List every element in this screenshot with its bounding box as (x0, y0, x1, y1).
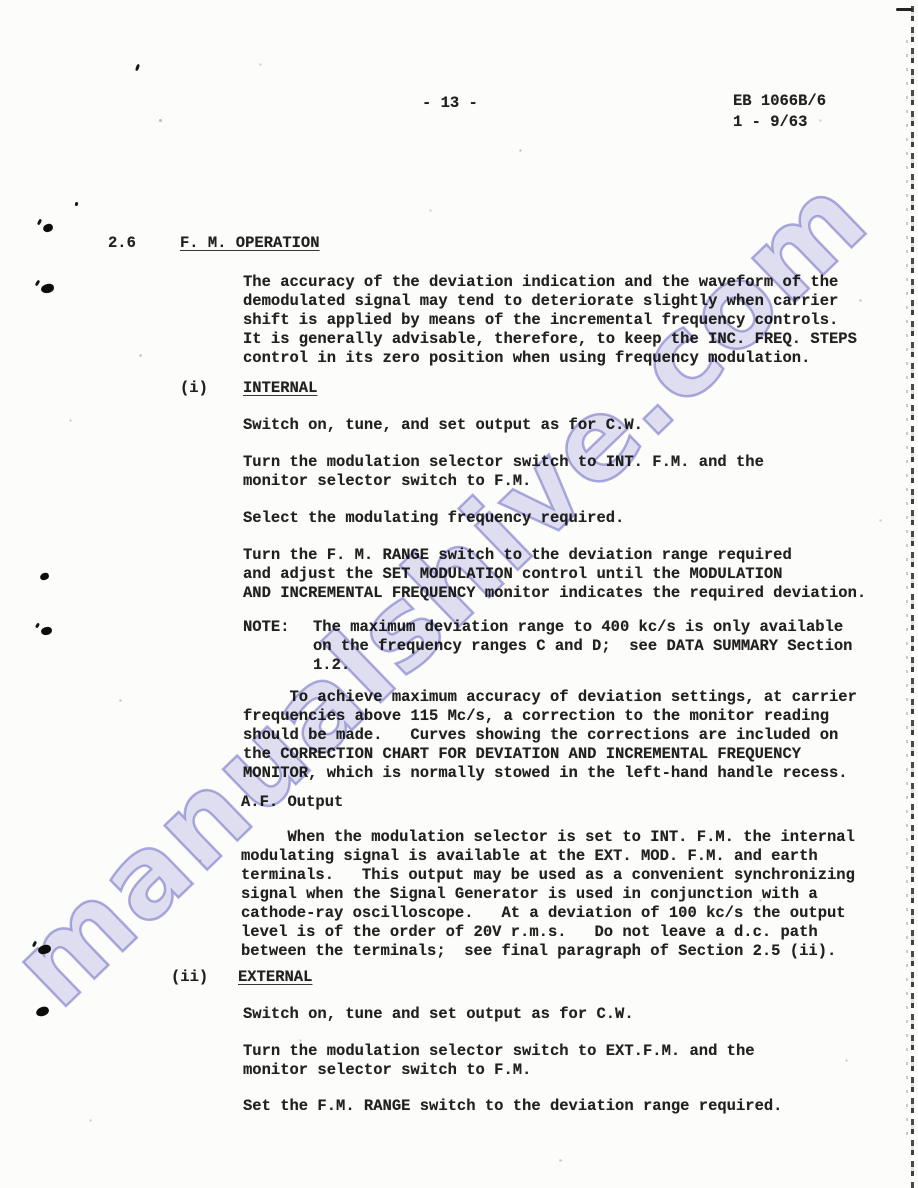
section-number: 2.6 (108, 234, 136, 253)
ink-blot (39, 572, 50, 581)
doc-reference-line1: EB 1066B/6 (733, 92, 826, 111)
external-para-1: Switch on, tune and set output as for C.… (243, 1005, 634, 1024)
external-para-2: Turn the modulation selector switch to E… (243, 1042, 755, 1080)
internal-list-label: (i) (180, 379, 208, 398)
doc-reference-line2: 1 - 9/63 (733, 113, 807, 132)
ink-blot (35, 1006, 50, 1018)
ink-speck (35, 623, 40, 629)
ink-speck (75, 202, 79, 206)
internal-para-3: Select the modulating frequency required… (243, 509, 624, 528)
af-output-paragraph: When the modulation selector is set to I… (241, 828, 855, 961)
note-text: The maximum deviation range to 400 kc/s … (313, 618, 853, 675)
external-list-label: (ii) (171, 968, 208, 987)
page-number: - 13 - (422, 94, 478, 113)
ink-blot (41, 626, 53, 635)
ink-blot (42, 223, 53, 233)
internal-heading: INTERNAL (243, 379, 317, 398)
ink-speck (37, 219, 42, 226)
ink-blot (37, 944, 51, 955)
note-label: NOTE: (243, 618, 290, 637)
intro-paragraph: The accuracy of the deviation indication… (243, 273, 857, 368)
internal-para-5: To achieve maximum accuracy of deviation… (243, 688, 857, 783)
external-heading: EXTERNAL (238, 968, 312, 987)
external-para-3: Set the F.M. RANGE switch to the deviati… (243, 1097, 783, 1116)
af-output-heading: A.F. Output (241, 793, 343, 812)
internal-para-1: Switch on, tune, and set output as for C… (243, 416, 643, 435)
scanned-manual-page: - 13 - EB 1066B/6 1 - 9/63 2.6 F. M. OPE… (0, 0, 918, 1188)
ink-speck (35, 280, 41, 287)
internal-para-4: Turn the F. M. RANGE switch to the devia… (243, 546, 866, 603)
ink-blot (40, 283, 54, 294)
ink-speck (32, 941, 37, 948)
scan-noise (0, 0, 1, 1)
scan-edge-line (911, 6, 914, 1188)
scan-edge-line-faint (906, 40, 908, 1140)
internal-para-2: Turn the modulation selector switch to I… (243, 453, 764, 491)
section-title: F. M. OPERATION (180, 234, 320, 253)
ink-speck (135, 64, 140, 72)
